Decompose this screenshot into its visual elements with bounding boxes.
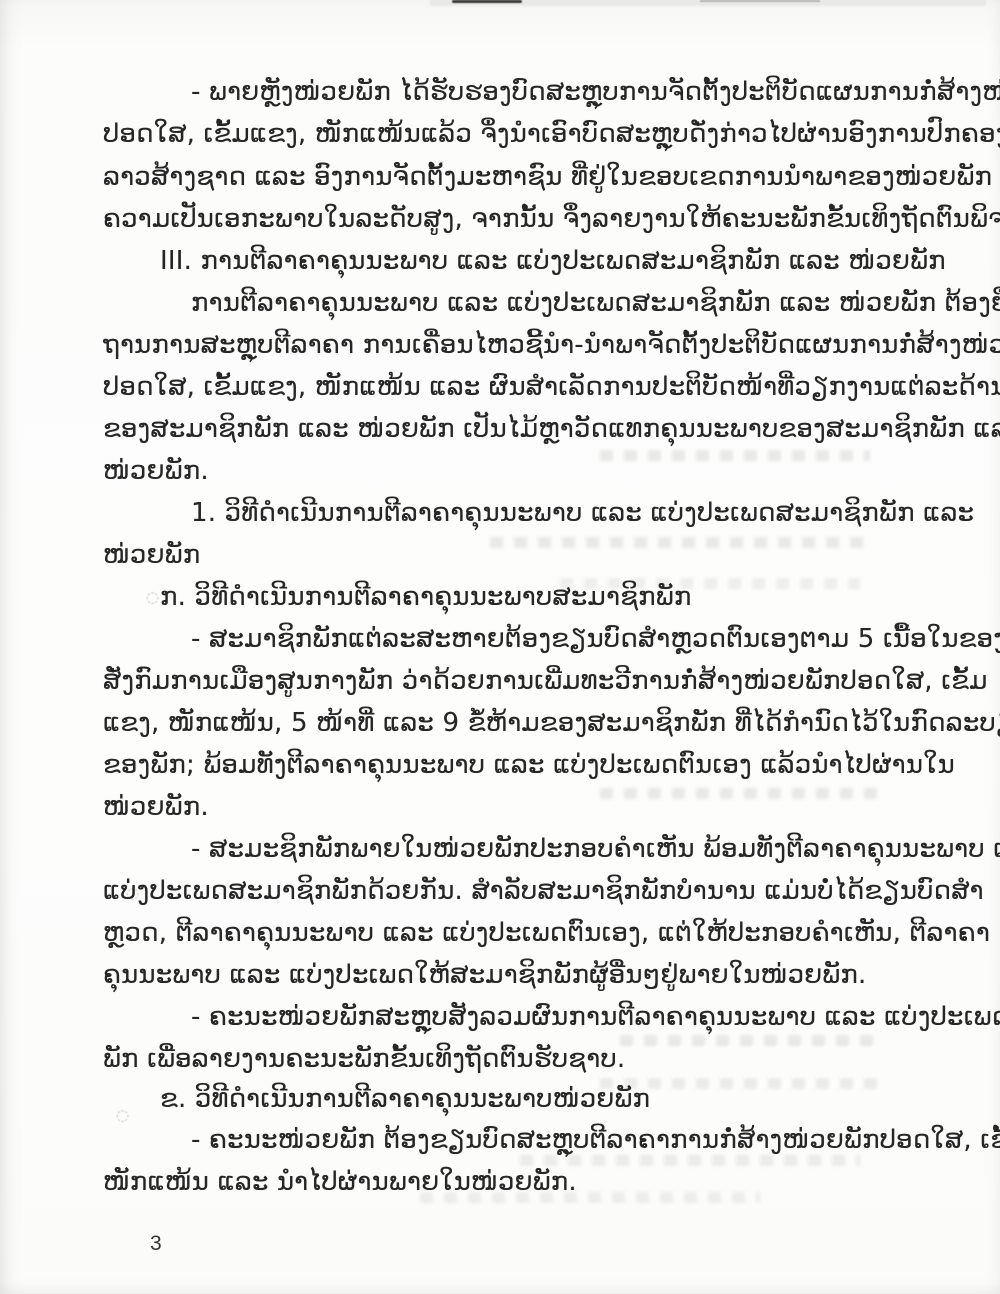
text-line: - ພາຍຫຼັງໜ່ວຍພັກ ໄດ້ຮັບຮອງບົດສະຫຼຸບການຈັ… (103, 72, 1000, 112)
scan-artifact-top-line (452, 0, 522, 3)
text-line: ລາວສ້າງຊາດ ແລະ ອົງການຈັດຕັ້ງມະຫາຊົນ ທີ່ຢ… (103, 157, 915, 197)
text-line: ຫຼວດ, ຕີລາຄາຄຸນນະພາບ ແລະ ແບ່ງປະເພດຕົນເອງ… (103, 913, 915, 953)
text-line: ສັ່ງກົມການເມືອງສູນກາງພັກ ວ່າດ້ວຍການເພີ່ມ… (103, 661, 915, 701)
text-line: ແຂງ, ໜັກແໜ້ນ, 5 ໜ້າທີ່ ແລະ 9 ຂໍ້ຫ້າມຂອງສ… (103, 703, 915, 743)
text-line: ຄຸນນະພາບ ແລະ ແບ່ງປະເພດໃຫ້ສະມາຊິກພັກຜູ້ອື… (103, 955, 915, 995)
text-line: ຄວາມເປັນເອກະພາບໃນລະດັບສູງ, ຈາກນັ້ນ ຈຶ່ງລ… (103, 199, 915, 239)
text-line: ໜັກແໜ້ນ ແລະ ນຳໄປຜ່ານພາຍໃນໜ່ວຍພັກ. (103, 1162, 915, 1202)
text-line: ໜ່ວຍພັກ. (103, 451, 915, 491)
subheading-1: 1. ວິທີດຳເນີນການຕີລາຄາຄຸນນະພາບ ແລະ ແບ່ງປ… (103, 493, 1000, 533)
text-line: ການຕີລາຄາຄຸນນະພາບ ແລະ ແບ່ງປະເພດສະມາຊິກພັ… (103, 283, 1000, 323)
text-line: ໜ່ວຍພັກ. (103, 787, 915, 827)
text-line: ປອດໃສ, ເຂັ້ມແຂງ, ໜັກແໜ້ນແລ້ວ ຈຶ່ງນຳເອົາບ… (103, 114, 915, 154)
text-line: ຖານການສະຫຼຸບຕີລາຄາ ການເຄື່ອນໄຫວຊີ້ນຳ-ນຳພ… (103, 325, 915, 365)
text-line: - ຄະນະໜ່ວຍພັກສະຫຼຸບສັງລວມຜົນການຕີລາຄາຄຸນ… (103, 997, 1000, 1037)
text-line: ໜ່ວຍພັກ (103, 535, 915, 575)
text-line: - ສະມາຊິກພັກແຕ່ລະສະຫາຍຕ້ອງຂຽນບົດສຳຫຼວດຕົ… (103, 619, 1000, 659)
subheading-ko: ກ. ວິທີດຳເນີນການຕີລາຄາຄຸນນະພາບສະມາຊິກພັກ (103, 577, 972, 617)
text-line: ພັກ ເພື່ອລາຍງານຄະນະພັກຂັ້ນເທິງຖັດຕົນຮັບຊ… (103, 1039, 915, 1079)
text-line: ຂອງສະມາຊິກພັກ ແລະ ໜ່ວຍພັກ ເປັນໄມ້ຫຼາວັດແ… (103, 409, 915, 449)
document-page: ​﻿◌ ◌ ◌ - ພາຍຫຼັງໜ່ວຍພັກ ໄດ້ຮັບຮອງບົດສະຫ… (0, 0, 1000, 1294)
text-line: ຂອງພັກ; ພ້ອມທັງຕີລາຄາຄຸນນະພາບ ແລະ ແບ່ງປະ… (103, 745, 915, 785)
text-line: ປອດໃສ, ເຂັ້ມແຂງ, ໜັກແໜ້ນ ແລະ ຜົນສຳເລັດກາ… (103, 367, 915, 407)
scan-artifact-top-line2 (700, 0, 820, 2)
section-heading-iii: III. ການຕີລາຄາຄຸນນະພາບ ແລະ ແບ່ງປະເພດສະມາ… (103, 241, 972, 281)
page-number: 3 (150, 1232, 162, 1256)
text-line: ແບ່ງປະເພດສະມາຊິກພັກດ້ວຍກັນ. ສຳລັບສະມາຊິກ… (103, 871, 915, 911)
text-line: - ສະມະຊິກພັກພາຍໃນໜ່ວຍພັກປະກອບຄຳເຫັນ ພ້ອມ… (103, 829, 1000, 869)
subheading-kho: ຂ. ວິທີດຳເນີນການຕີລາຄາຄຸນນະພາບໜ່ວຍພັກ (103, 1079, 972, 1119)
text-line: - ຄະນະໜ່ວຍພັກ ຕ້ອງຂຽນບົດສະຫຼຸບຕີລາຄາການກ… (103, 1120, 1000, 1160)
